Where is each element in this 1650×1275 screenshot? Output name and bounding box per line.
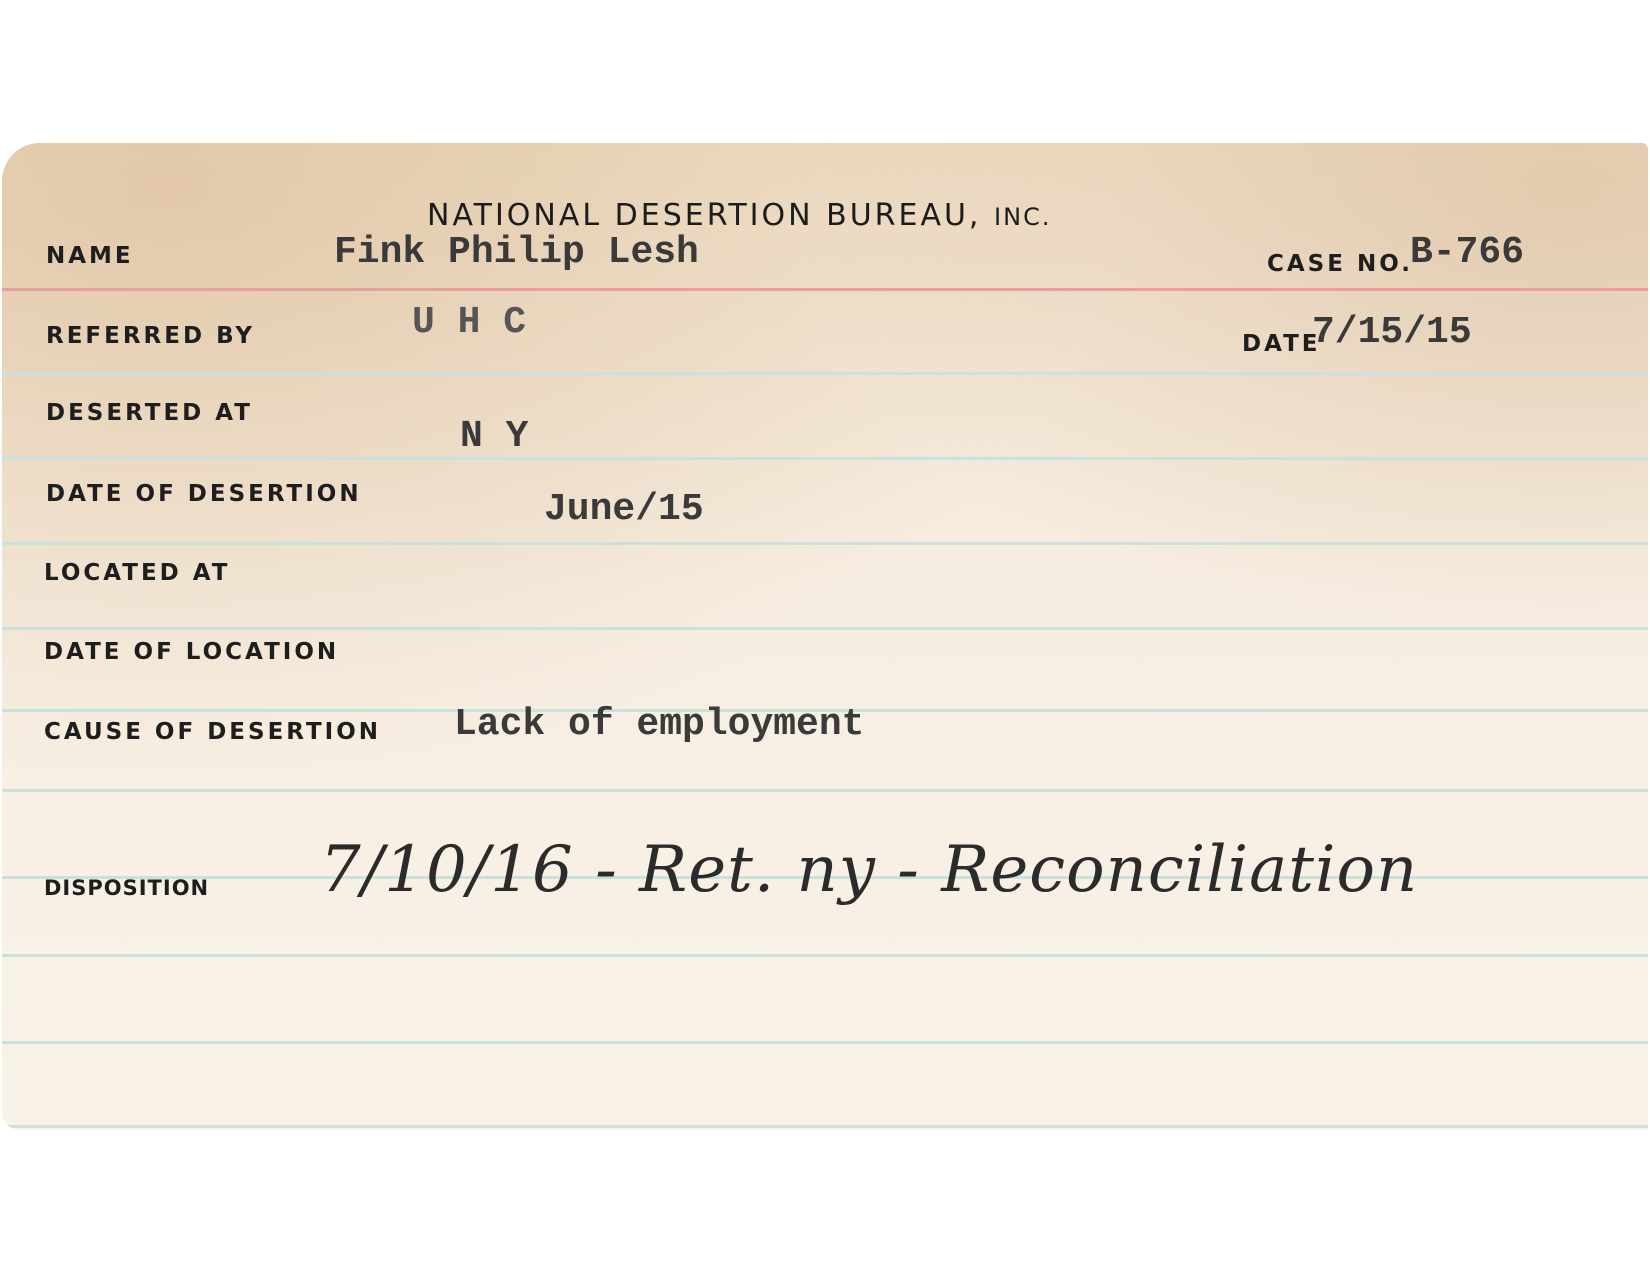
date-of-desertion-value: June/15: [544, 488, 704, 531]
name-label: NAME: [46, 243, 134, 269]
disposition-value: 7/10/16 - Ret. ny - Reconciliation: [320, 833, 1418, 907]
case-no-label: CASE NO.: [1267, 251, 1413, 277]
deserted-at-label: DESERTED AT: [46, 400, 253, 426]
card-title: NATIONAL DESERTION BUREAU, INC.: [427, 198, 1051, 233]
index-card: NATIONAL DESERTION BUREAU, INC. NAME Fin…: [2, 143, 1648, 1130]
referred-by-label: REFERRED BY: [46, 323, 255, 349]
referred-by-value: U H C: [412, 301, 526, 344]
case-no-value: B-766: [1410, 231, 1524, 274]
date-value: 7/15/15: [1312, 311, 1472, 354]
date-of-desertion-label: DATE OF DESERTION: [46, 481, 362, 507]
blue-rule: [2, 1125, 1648, 1128]
disposition-label: DISPOSITION: [44, 876, 209, 900]
blue-rule: [2, 627, 1648, 630]
blue-rule: [2, 542, 1648, 545]
date-of-location-label: DATE OF LOCATION: [44, 639, 339, 665]
date-label: DATE: [1242, 331, 1321, 357]
deserted-at-value: N Y: [460, 415, 528, 458]
cause-of-desertion-label: CAUSE OF DESERTION: [44, 719, 381, 745]
blue-rule: [2, 789, 1648, 792]
blue-rule: [2, 457, 1648, 460]
located-at-label: LOCATED AT: [44, 560, 231, 586]
name-value: Fink Philip Lesh: [334, 231, 699, 274]
bureau-name: NATIONAL DESERTION BUREAU,: [427, 198, 981, 233]
cause-of-desertion-value: Lack of employment: [454, 703, 864, 746]
blue-rule: [2, 372, 1648, 375]
bureau-suffix: INC.: [994, 203, 1051, 231]
blue-rule: [2, 954, 1648, 957]
red-rule: [2, 288, 1648, 291]
blue-rule: [2, 1041, 1648, 1044]
